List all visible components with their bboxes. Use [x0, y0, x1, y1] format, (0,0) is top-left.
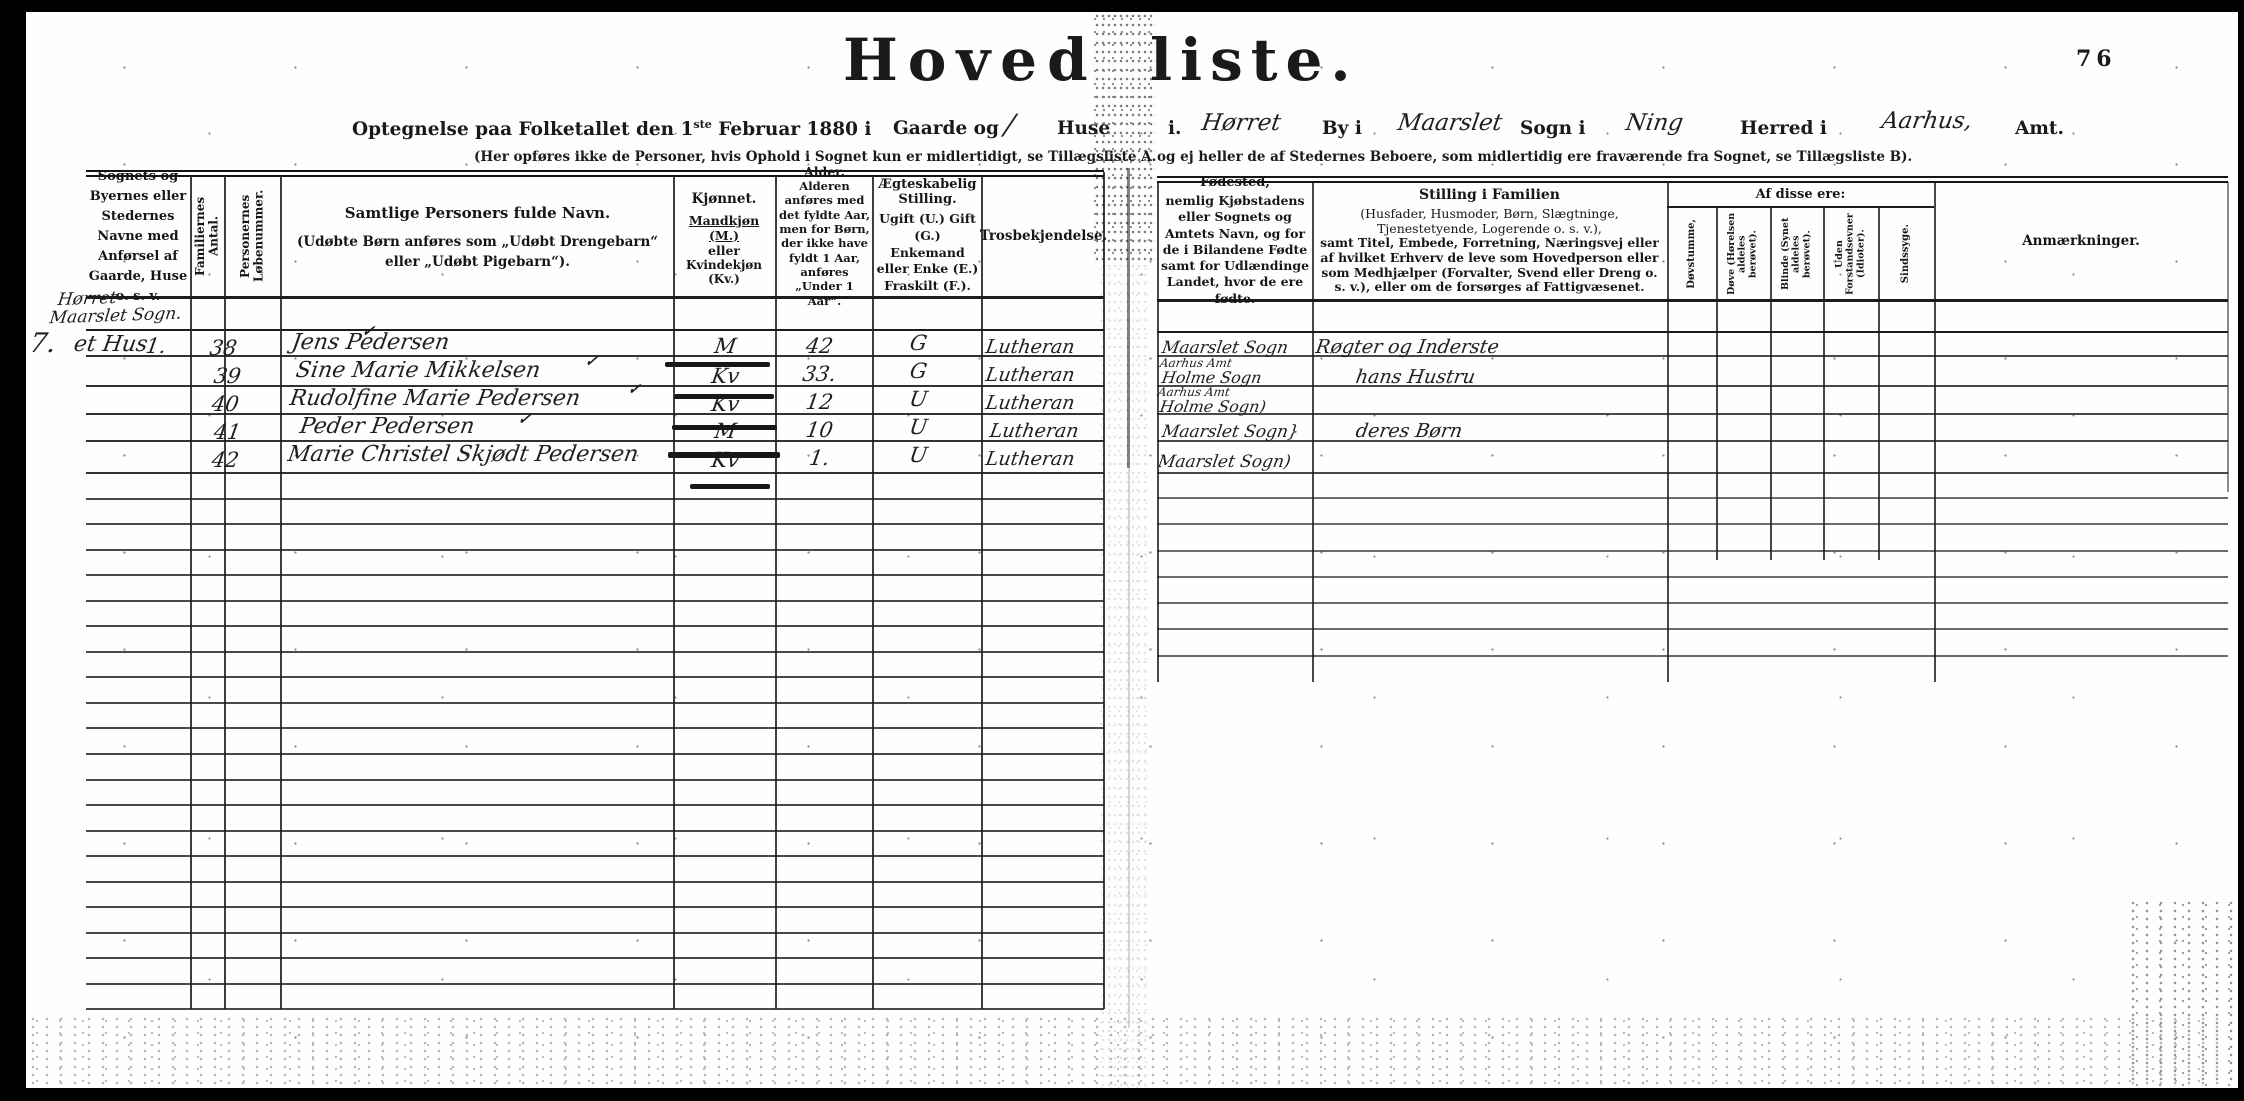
person-birthplace: Maarslet Sogn) [1156, 452, 1292, 472]
col-group-title: Af disse ere: [1667, 184, 1934, 204]
ruled-line [86, 385, 1104, 387]
ruled-line [1157, 576, 2228, 578]
ruled-line [86, 676, 1104, 678]
ruled-line [86, 779, 1104, 781]
ruled-line [1157, 550, 2228, 552]
ruled-line [1878, 208, 1880, 560]
col-header-position: Stilling i Familien (Husfader, Husmoder,… [1315, 186, 1664, 296]
col-header-sex-title: Kjønnet. [692, 191, 757, 207]
ruled-line [1157, 655, 2228, 657]
left-header-bottom-line [86, 296, 1104, 299]
ruled-line [872, 176, 874, 1009]
col-header-age-sub: Alderen anføres med det fyldte Aar, men … [779, 179, 870, 308]
amt-value-handwritten: Aarhus, [1880, 108, 1974, 134]
col-header-sex-sub1: Mandkjøn (M.) [676, 213, 772, 243]
subtitle-lead-rest: Februar 1880 i [712, 119, 872, 140]
ruled-line [775, 176, 777, 1009]
col-header-birthplace: Fødested, nemlig Kjøbstadens eller Sogne… [1160, 190, 1310, 292]
ruled-line [1312, 182, 1314, 682]
col-header-deaf-text: Døve (Hørelsen aldeles berøvet). [1727, 211, 1759, 297]
ink-smear [672, 425, 777, 430]
person-age: 33. [780, 362, 859, 386]
ruled-line [86, 830, 1104, 832]
person-age: 10 [780, 418, 859, 442]
person-marital: U [884, 387, 953, 411]
col-header-faith: Trosbekjendelse. [985, 186, 1102, 286]
ruled-line [190, 176, 192, 1009]
person-birthplace: Maarslet Sogn} [1160, 422, 1300, 442]
check-mark: ✓ [361, 322, 376, 340]
ruled-line [86, 702, 1104, 704]
ruled-line [86, 957, 1104, 959]
col-header-sex-sub3: Kvindekjøn (Kv.) [676, 258, 772, 286]
house-entry: et Hus [72, 332, 149, 357]
ruled-line [86, 906, 1104, 908]
ruled-line [1157, 440, 2228, 442]
amt-label: Amt. [2015, 118, 2064, 139]
ruled-line [86, 574, 1104, 576]
ruled-line [86, 881, 1104, 883]
person-faith: Lutheran [984, 364, 1076, 386]
ruled-line [1157, 628, 2228, 630]
ruled-line [280, 176, 282, 1009]
huse-label: Huse [1057, 118, 1110, 139]
herred-value-handwritten: Ning [1624, 110, 1685, 136]
col-header-marital-title: Ægteskabelig Stilling. [876, 177, 979, 207]
ruled-line [1823, 208, 1825, 560]
person-name: Marie Christel Skjødt Pedersen [286, 442, 640, 467]
scan-edge-right [2238, 0, 2244, 1101]
ruled-line [86, 355, 1104, 357]
right-header-bottom-line [1157, 299, 2228, 302]
person-faith: Lutheran [984, 392, 1076, 414]
ruled-line [86, 727, 1104, 729]
ruled-line [86, 625, 1104, 627]
col-header-sex-sub2: eller [708, 243, 740, 258]
subtitle-lead-text: Optegnelse paa Folketallet den 1 [352, 119, 693, 140]
col-header-position-sub2: samt Titel, Embede, Forretning, Næringsv… [1315, 236, 1664, 295]
col-header-deafmute-text: Døvstumme, [1686, 219, 1697, 289]
col-header-sex: Kjønnet. Mandkjøn (M.) eller Kvindekjøn … [676, 194, 772, 282]
ruled-line [1157, 355, 2228, 357]
ruled-line [86, 855, 1104, 857]
col-header-age: Alder. Alderen anføres med det fyldte Aa… [779, 180, 870, 292]
ruled-line [673, 176, 675, 1009]
margin-house-number: 7. [28, 328, 59, 359]
col-header-marital: Ægteskabelig Stilling. Ugift (U.) Gift (… [876, 184, 979, 288]
col-header-position-title: Stilling i Familien [1419, 187, 1560, 203]
ruled-line [1157, 182, 1159, 682]
person-name: Rudolfine Marie Pedersen [288, 386, 582, 411]
col-header-name-title: Samtlige Personers fulde Navn. [345, 204, 610, 222]
col-header-families: Familiernes Antal. [190, 178, 224, 294]
ruled-line [1157, 413, 2228, 415]
ruled-line [86, 804, 1104, 806]
col-header-marital-sub: Ugift (U.) Gift (G.) Enkemand eller Enke… [876, 211, 979, 295]
ink-smear [674, 394, 774, 399]
person-name: Peder Pedersen [298, 414, 476, 439]
col-header-blind-text: Blinde (Synet aldeles berøvet). [1781, 211, 1813, 297]
col-header-number: Personernes Løbenummer. [224, 178, 280, 294]
subtitle-lead-sup: ste [693, 118, 711, 131]
by-value-handwritten: Hørret [1200, 110, 1283, 136]
sogn-value-handwritten: Maarslet [1396, 110, 1504, 136]
ruled-line [1157, 385, 2228, 387]
col-header-number-text: Personernes Løbenummer. [239, 178, 266, 294]
page-number: 76 [2076, 46, 2117, 72]
person-name: Sine Marie Mikkelsen [294, 358, 542, 383]
ink-smear [665, 362, 770, 367]
scanned-census-page: 76 Hoved liste. Optegnelse paa Folketall… [0, 0, 2244, 1101]
subtitle-note-left: (Her opføres ikke de Personer, hvis Opho… [474, 149, 1156, 165]
ruled-line [86, 523, 1104, 525]
ruled-line [86, 1008, 1104, 1010]
right-table-top-border [1157, 176, 2228, 183]
person-position: deres Børn [1354, 420, 1464, 442]
ruled-line [1103, 172, 1105, 1009]
person-marital: G [884, 331, 953, 355]
page-title-word1: Hoved [843, 26, 1098, 94]
col-header-name-sub: (Udøbte Børn anføres som „Udøbt Drengeba… [286, 232, 669, 273]
fold-crease-line-faint [1128, 468, 1130, 1028]
i-label: i. [1168, 118, 1181, 139]
ruled-line [86, 600, 1104, 602]
ruled-line [1157, 497, 2228, 499]
ruled-line [86, 753, 1104, 755]
ink-smear [690, 484, 770, 489]
ruled-line [86, 413, 1104, 415]
subtitle-lead: Optegnelse paa Folketallet den 1ste Febr… [352, 118, 871, 140]
ruled-line [1667, 182, 1669, 682]
col-header-name: Samtlige Personers fulde Navn. (Udøbte B… [286, 192, 669, 284]
person-faith: Lutheran [988, 420, 1080, 442]
person-marital: G [884, 359, 953, 383]
ink-smear [668, 452, 780, 458]
ruled-line [86, 651, 1104, 653]
ruled-line [2227, 182, 2229, 492]
scan-edge-left [0, 0, 26, 1101]
person-faith: Lutheran [984, 448, 1076, 470]
group-title-underline [1667, 206, 1934, 208]
scan-edge-top [0, 0, 2244, 12]
col-header-idiot: Uden Forstandsevner (Idioter). [1823, 210, 1878, 298]
col-header-place: Sognets og Byernes eller Stedernes Navne… [88, 182, 188, 292]
ruled-line [86, 472, 1104, 474]
col-header-blind: Blinde (Synet aldeles berøvet). [1770, 210, 1823, 298]
col-header-families-text: Familiernes Antal. [194, 178, 221, 294]
col-header-deaf: Døve (Hørelsen aldeles berøvet). [1716, 210, 1770, 298]
sogn-label: Sogn i [1520, 118, 1586, 139]
ruled-line [1934, 182, 1936, 682]
person-marital: U [884, 443, 953, 467]
col-header-insane-text: Sindssyge. [1900, 224, 1911, 283]
ruled-line [86, 440, 1104, 442]
ruled-line [224, 176, 226, 1009]
fold-crease-line [1127, 168, 1130, 468]
ruled-line [86, 983, 1104, 985]
person-marital: U [884, 415, 953, 439]
col-header-deafmute: Døvstumme, [1667, 210, 1716, 298]
col-header-birthplace-sub: nemlig Kjøbstadens eller Sognets og Amte… [1160, 193, 1310, 307]
ruled-line [86, 549, 1104, 551]
ruled-line [1770, 208, 1772, 560]
person-age: 12 [780, 390, 859, 414]
scan-edge-bottom [0, 1088, 2244, 1101]
page-title-word2: liste. [1150, 26, 1359, 94]
ruled-line [1716, 208, 1718, 560]
col-header-remarks: Anmærkninger. [1936, 230, 2226, 252]
by-label: By i [1322, 118, 1362, 139]
ruled-line [86, 932, 1104, 934]
person-age: 1. [780, 446, 859, 470]
ruled-line [1157, 523, 2228, 525]
ruled-line [1157, 602, 2228, 604]
right-location-band-line [1157, 331, 2228, 333]
ruled-line [981, 176, 983, 1009]
col-header-age-title: Alder. [804, 164, 845, 179]
col-header-position-sub1: (Husfader, Husmoder, Børn, Slægtninge, T… [1315, 206, 1664, 236]
herred-label: Herred i [1740, 118, 1827, 139]
ruled-line [86, 498, 1104, 500]
col-header-insane: Sindssyge. [1878, 210, 1934, 298]
ruled-line [1157, 472, 2228, 474]
subtitle-note-right: og ej heller de af Stedernes Beboere, so… [1157, 149, 1912, 165]
col-header-idiot-text: Uden Forstandsevner (Idioter). [1835, 211, 1867, 297]
check-mark: ✓ [627, 380, 642, 398]
gaarde-label: Gaarde og [893, 118, 999, 139]
col-header-birthplace-title: Fødested, [1200, 175, 1270, 190]
